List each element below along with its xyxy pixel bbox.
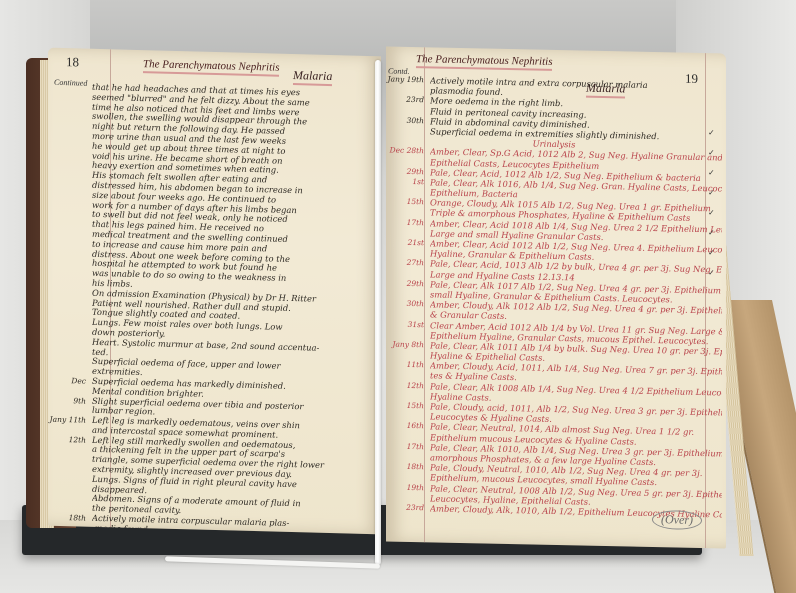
entry-date xyxy=(48,346,86,347)
entry-date xyxy=(386,156,424,157)
entry-date xyxy=(386,187,424,188)
entry-date xyxy=(48,248,86,249)
entry-date xyxy=(48,307,86,308)
entry-date xyxy=(48,121,86,122)
entry-date xyxy=(386,309,424,310)
entry-date xyxy=(386,85,424,86)
entry-date xyxy=(48,405,86,406)
entry-date xyxy=(386,472,424,473)
entry-date xyxy=(386,105,424,106)
page-heading-left: The Parenchymatous Nephritis xyxy=(143,58,279,77)
entry-date xyxy=(48,464,86,465)
left-page-entries: that he had headaches and that at times … xyxy=(48,82,381,535)
entry-date xyxy=(48,209,86,210)
entry-date xyxy=(48,82,86,83)
bookmark-ribbon xyxy=(375,60,381,565)
entry-date xyxy=(48,522,86,523)
entry-date xyxy=(48,327,86,328)
entry-date xyxy=(48,483,86,484)
entry-date xyxy=(48,91,86,92)
entry-date xyxy=(48,493,86,494)
entry-date xyxy=(386,268,424,269)
page-heading-right: The Parenchymatous Nephritis xyxy=(416,53,552,71)
entry-date xyxy=(48,131,86,132)
entry-date xyxy=(48,366,86,367)
over-note: (Over) xyxy=(652,510,702,530)
left-page: 18 The Parenchymatous Nephritis Malaria … xyxy=(48,48,381,535)
right-page-entries: Jany 19thActively motile intra and extra… xyxy=(386,74,726,519)
entry-date xyxy=(386,288,424,289)
entry-date xyxy=(48,101,86,102)
entry-date xyxy=(386,451,424,452)
entry-date xyxy=(48,268,86,269)
entry-date xyxy=(386,329,424,330)
entry-date xyxy=(48,297,86,298)
entry-date xyxy=(48,189,86,190)
entry-date xyxy=(48,180,86,181)
entry-date xyxy=(386,227,424,228)
entry-date xyxy=(48,170,86,171)
entry-date xyxy=(48,140,86,141)
entry-date xyxy=(48,278,86,279)
entry-date xyxy=(48,111,86,112)
entry-date xyxy=(48,258,86,259)
page-number-left: 18 xyxy=(66,54,79,70)
entry-date xyxy=(386,370,424,371)
entry-date xyxy=(48,160,86,161)
entry-date xyxy=(48,503,86,504)
entry-date xyxy=(48,317,86,318)
entry-date: 23rd xyxy=(386,502,424,513)
entry-date xyxy=(386,207,424,208)
subject-left: Malaria xyxy=(293,68,332,86)
entry-date xyxy=(48,444,86,445)
entry-date xyxy=(48,385,86,386)
entry-date xyxy=(48,219,86,220)
entry-date xyxy=(48,229,86,230)
entry-date xyxy=(386,411,424,412)
entry-date xyxy=(386,350,424,351)
entry-date xyxy=(48,238,86,239)
entry-date xyxy=(386,431,424,432)
entry-date xyxy=(48,199,86,200)
entry-date xyxy=(48,474,86,475)
entry-date xyxy=(386,492,424,493)
entry-date xyxy=(386,390,424,391)
entry-date xyxy=(48,336,86,337)
entry-date xyxy=(386,248,424,249)
margin-tally-marks: ✓✓✓✓✓✓✓✓ xyxy=(708,123,718,503)
right-page: The Parenchymatous Nephritis 19 Malaria … xyxy=(386,46,726,548)
entry-date xyxy=(48,150,86,151)
entry-date xyxy=(48,356,86,357)
entry-date xyxy=(386,125,424,126)
entry-date xyxy=(48,425,86,426)
entry-date xyxy=(48,454,86,455)
entry-date xyxy=(48,287,86,288)
